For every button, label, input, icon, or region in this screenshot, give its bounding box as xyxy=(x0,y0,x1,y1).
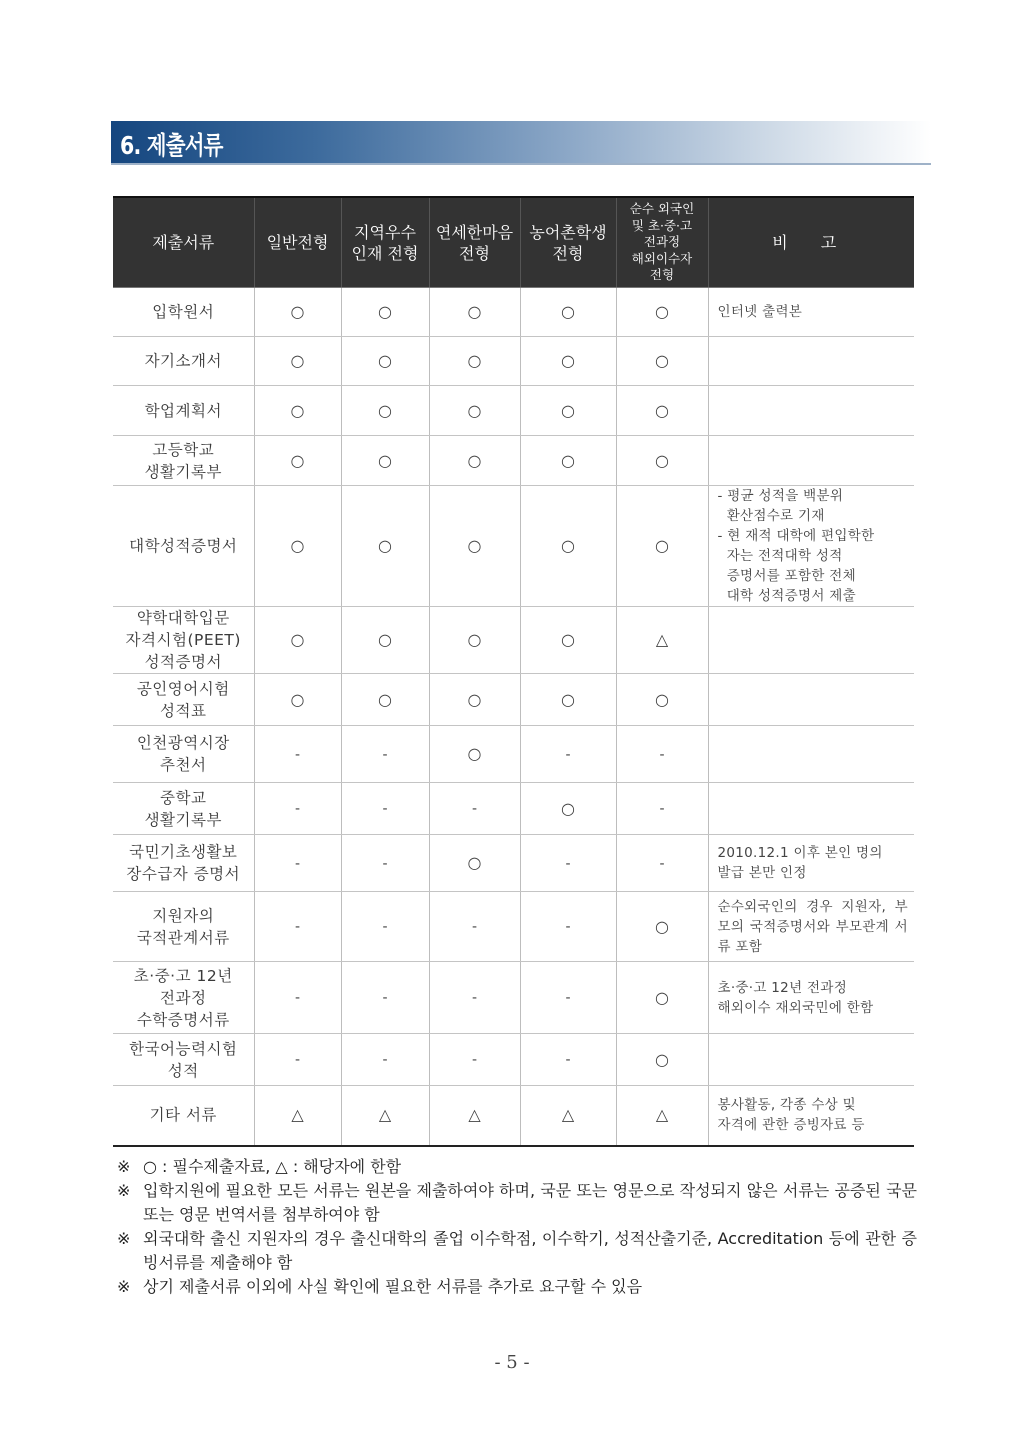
remark xyxy=(708,436,914,486)
not-applicable-dash-icon: - xyxy=(382,801,387,817)
not-applicable-dash-icon: - xyxy=(565,990,570,1006)
required-circle-icon: ○ xyxy=(291,536,305,555)
section-title: 6. 제출서류 xyxy=(120,126,223,162)
document-name: 기타 서류 xyxy=(113,1086,254,1146)
requirement-cell: - xyxy=(341,783,429,835)
requirement-cell: - xyxy=(520,962,616,1034)
reference-mark-icon: ※ xyxy=(117,1155,143,1179)
required-circle-icon: ○ xyxy=(378,401,392,420)
document-name: 대학성적증명서 xyxy=(113,486,254,607)
requirement-cell: - xyxy=(254,962,341,1034)
requirement-cell: - xyxy=(254,835,341,892)
document-name: 국민기초생활보 장수급자 증명서 xyxy=(113,835,254,892)
required-circle-icon: ○ xyxy=(561,451,575,470)
required-circle-icon: ○ xyxy=(378,351,392,370)
requirement-cell: - xyxy=(254,892,341,962)
not-applicable-dash-icon: - xyxy=(659,747,664,763)
remark xyxy=(708,726,914,783)
not-applicable-dash-icon: - xyxy=(295,747,300,763)
document-name: 중학교 생활기록부 xyxy=(113,783,254,835)
required-circle-icon: ○ xyxy=(468,451,482,470)
document-name: 학업계획서 xyxy=(113,386,254,436)
required-circle-icon: ○ xyxy=(291,451,305,470)
remark: - 평균 성적을 백분위 환산점수로 기재 - 현 재적 대학에 편입학한 자는… xyxy=(708,486,914,607)
required-circle-icon: ○ xyxy=(655,351,669,370)
requirement-cell: ○ xyxy=(520,674,616,726)
required-circle-icon: ○ xyxy=(378,536,392,555)
requirement-cell: - xyxy=(254,783,341,835)
document-name: 약학대학입문 자격시험(PEET) 성적증명서 xyxy=(113,607,254,674)
requirement-cell: - xyxy=(254,1034,341,1086)
document-name: 자기소개서 xyxy=(113,337,254,386)
not-applicable-dash-icon: - xyxy=(295,1052,300,1068)
conditional-triangle-icon: △ xyxy=(291,1105,303,1124)
remark: 2010.12.1 이후 본인 명의 발급 본만 인정 xyxy=(708,835,914,892)
requirement-cell: - xyxy=(429,783,520,835)
not-applicable-dash-icon: - xyxy=(295,856,300,872)
header-remarks: 비 고 xyxy=(708,197,914,288)
note-item: ※입학지원에 필요한 모든 서류는 원본을 제출하여야 하며, 국문 또는 영문… xyxy=(117,1179,917,1227)
requirement-cell: - xyxy=(341,835,429,892)
required-circle-icon: ○ xyxy=(468,853,482,872)
header-document: 제출서류 xyxy=(113,197,254,288)
required-circle-icon: ○ xyxy=(655,302,669,321)
required-circle-icon: ○ xyxy=(468,690,482,709)
requirement-cell: △ xyxy=(341,1086,429,1146)
required-circle-icon: ○ xyxy=(655,690,669,709)
not-applicable-dash-icon: - xyxy=(565,747,570,763)
requirement-cell: ○ xyxy=(341,674,429,726)
notes: ※○ : 필수제출자료, △ : 해당자에 한함※입학지원에 필요한 모든 서류… xyxy=(117,1155,917,1299)
requirement-cell: ○ xyxy=(429,337,520,386)
requirement-cell: ○ xyxy=(520,337,616,386)
required-circle-icon: ○ xyxy=(655,451,669,470)
not-applicable-dash-icon: - xyxy=(382,1052,387,1068)
remark: 봉사활동, 각종 수상 및 자격에 관한 증빙자료 등 xyxy=(708,1086,914,1146)
requirement-cell: ○ xyxy=(254,337,341,386)
table-row: 국민기초생활보 장수급자 증명서--○--2010.12.1 이후 본인 명의 … xyxy=(113,835,914,892)
required-circle-icon: ○ xyxy=(561,302,575,321)
document-name: 지원자의 국적관계서류 xyxy=(113,892,254,962)
requirement-cell: ○ xyxy=(520,436,616,486)
requirement-cell: ○ xyxy=(429,726,520,783)
requirement-cell: △ xyxy=(254,1086,341,1146)
requirement-cell: - xyxy=(341,726,429,783)
banner-underline xyxy=(111,163,931,165)
requirement-cell: △ xyxy=(520,1086,616,1146)
requirement-cell: ○ xyxy=(616,962,708,1034)
required-circle-icon: ○ xyxy=(468,401,482,420)
note-item: ※○ : 필수제출자료, △ : 해당자에 한함 xyxy=(117,1155,917,1179)
header-hanmaeum: 연세한마음 전형 xyxy=(429,197,520,288)
note-item: ※외국대학 출신 지원자의 경우 출신대학의 졸업 이수학점, 이수학기, 성적… xyxy=(117,1227,917,1275)
requirement-cell: ○ xyxy=(341,436,429,486)
reference-mark-icon: ※ xyxy=(117,1227,143,1275)
not-applicable-dash-icon: - xyxy=(295,919,300,935)
requirement-cell: ○ xyxy=(616,486,708,607)
header-regional-talent: 지역우수 인재 전형 xyxy=(341,197,429,288)
remark xyxy=(708,783,914,835)
not-applicable-dash-icon: - xyxy=(382,990,387,1006)
required-circle-icon: ○ xyxy=(655,988,669,1007)
table-row: 자기소개서○○○○○ xyxy=(113,337,914,386)
requirement-cell: ○ xyxy=(254,674,341,726)
requirement-cell: ○ xyxy=(429,386,520,436)
requirement-cell: ○ xyxy=(616,386,708,436)
table-row: 중학교 생활기록부---○- xyxy=(113,783,914,835)
table-row: 입학원서○○○○○인터넷 출력본 xyxy=(113,288,914,337)
not-applicable-dash-icon: - xyxy=(295,990,300,1006)
requirement-cell: ○ xyxy=(520,783,616,835)
table-row: 대학성적증명서○○○○○- 평균 성적을 백분위 환산점수로 기재 - 현 재적… xyxy=(113,486,914,607)
requirement-cell: - xyxy=(429,962,520,1034)
not-applicable-dash-icon: - xyxy=(295,801,300,817)
remark xyxy=(708,674,914,726)
required-circle-icon: ○ xyxy=(468,351,482,370)
remark: 초·중·고 12년 전과정 해외이수 재외국민에 한함 xyxy=(708,962,914,1034)
requirement-cell: ○ xyxy=(341,386,429,436)
table-row: 인천광역시장 추천서--○-- xyxy=(113,726,914,783)
required-circle-icon: ○ xyxy=(561,630,575,649)
requirement-cell: ○ xyxy=(254,436,341,486)
table-row: 학업계획서○○○○○ xyxy=(113,386,914,436)
not-applicable-dash-icon: - xyxy=(472,919,477,935)
required-circle-icon: ○ xyxy=(291,690,305,709)
required-circle-icon: ○ xyxy=(378,630,392,649)
requirement-cell: ○ xyxy=(254,288,341,337)
document-name: 초·중·고 12년 전과정 수학증명서류 xyxy=(113,962,254,1034)
required-circle-icon: ○ xyxy=(468,744,482,763)
remark xyxy=(708,1034,914,1086)
table-header-row: 제출서류일반전형지역우수 인재 전형연세한마음 전형농어촌학생 전형순수 외국인… xyxy=(113,197,914,288)
required-circle-icon: ○ xyxy=(561,536,575,555)
requirement-cell: ○ xyxy=(429,486,520,607)
requirement-cell: - xyxy=(429,1034,520,1086)
table-row: 초·중·고 12년 전과정 수학증명서류----○초·중·고 12년 전과정 해… xyxy=(113,962,914,1034)
remark: 순수외국인의 경우 지원자, 부모의 국적증명서와 부모관계 서류 포함 xyxy=(708,892,914,962)
requirement-cell: ○ xyxy=(429,288,520,337)
requirement-cell: ○ xyxy=(254,607,341,674)
document-name: 공인영어시험 성적표 xyxy=(113,674,254,726)
requirement-cell: - xyxy=(520,1034,616,1086)
requirement-cell: - xyxy=(616,783,708,835)
required-circle-icon: ○ xyxy=(378,451,392,470)
remark xyxy=(708,607,914,674)
note-text: 외국대학 출신 지원자의 경우 출신대학의 졸업 이수학점, 이수학기, 성적산… xyxy=(143,1227,917,1275)
table-row: 한국어능력시험 성적----○ xyxy=(113,1034,914,1086)
requirement-cell: ○ xyxy=(341,607,429,674)
table-row: 지원자의 국적관계서류----○순수외국인의 경우 지원자, 부모의 국적증명서… xyxy=(113,892,914,962)
not-applicable-dash-icon: - xyxy=(565,919,570,935)
not-applicable-dash-icon: - xyxy=(659,801,664,817)
requirement-cell: - xyxy=(520,835,616,892)
not-applicable-dash-icon: - xyxy=(472,990,477,1006)
required-circle-icon: ○ xyxy=(378,690,392,709)
document-name: 고등학교 생활기록부 xyxy=(113,436,254,486)
requirement-cell: ○ xyxy=(520,486,616,607)
requirement-cell: ○ xyxy=(254,386,341,436)
table-row: 약학대학입문 자격시험(PEET) 성적증명서○○○○△ xyxy=(113,607,914,674)
requirement-cell: - xyxy=(429,892,520,962)
header-general: 일반전형 xyxy=(254,197,341,288)
document-name: 한국어능력시험 성적 xyxy=(113,1034,254,1086)
note-text: ○ : 필수제출자료, △ : 해당자에 한함 xyxy=(143,1155,917,1179)
conditional-triangle-icon: △ xyxy=(468,1105,480,1124)
not-applicable-dash-icon: - xyxy=(382,747,387,763)
requirement-cell: - xyxy=(616,726,708,783)
conditional-triangle-icon: △ xyxy=(379,1105,391,1124)
requirement-cell: - xyxy=(616,835,708,892)
requirement-cell: ○ xyxy=(341,288,429,337)
note-item: ※상기 제출서류 이외에 사실 확인에 필요한 서류를 추가로 요구할 수 있음 xyxy=(117,1275,917,1299)
header-rural: 농어촌학생 전형 xyxy=(520,197,616,288)
requirement-cell: ○ xyxy=(520,386,616,436)
required-circle-icon: ○ xyxy=(655,536,669,555)
required-circle-icon: ○ xyxy=(561,690,575,709)
header-foreign: 순수 외국인 및 초·중·고 전과정 해외이수자 전형 xyxy=(616,197,708,288)
required-circle-icon: ○ xyxy=(291,351,305,370)
requirement-cell: ○ xyxy=(429,436,520,486)
document-name: 입학원서 xyxy=(113,288,254,337)
requirement-cell: △ xyxy=(429,1086,520,1146)
note-text: 상기 제출서류 이외에 사실 확인에 필요한 서류를 추가로 요구할 수 있음 xyxy=(143,1275,917,1299)
requirement-cell: - xyxy=(254,726,341,783)
required-circle-icon: ○ xyxy=(468,630,482,649)
required-documents-table: 제출서류일반전형지역우수 인재 전형연세한마음 전형농어촌학생 전형순수 외국인… xyxy=(113,196,914,1147)
required-circle-icon: ○ xyxy=(561,351,575,370)
remark: 인터넷 출력본 xyxy=(708,288,914,337)
requirement-cell: - xyxy=(520,892,616,962)
required-circle-icon: ○ xyxy=(378,302,392,321)
requirement-cell: - xyxy=(341,892,429,962)
not-applicable-dash-icon: - xyxy=(565,856,570,872)
section-banner: 6. 제출서류 xyxy=(111,121,931,165)
requirement-cell: ○ xyxy=(616,436,708,486)
requirement-cell: ○ xyxy=(616,1034,708,1086)
required-circle-icon: ○ xyxy=(468,302,482,321)
requirement-cell: △ xyxy=(616,1086,708,1146)
requirement-cell: ○ xyxy=(254,486,341,607)
requirement-cell: ○ xyxy=(429,607,520,674)
required-circle-icon: ○ xyxy=(655,917,669,936)
required-circle-icon: ○ xyxy=(468,536,482,555)
required-circle-icon: ○ xyxy=(655,401,669,420)
conditional-triangle-icon: △ xyxy=(656,630,668,649)
requirement-cell: △ xyxy=(616,607,708,674)
requirement-cell: ○ xyxy=(429,674,520,726)
requirement-cell: - xyxy=(341,962,429,1034)
not-applicable-dash-icon: - xyxy=(472,1052,477,1068)
not-applicable-dash-icon: - xyxy=(382,856,387,872)
requirement-cell: ○ xyxy=(520,607,616,674)
note-text: 입학지원에 필요한 모든 서류는 원본을 제출하여야 하며, 국문 또는 영문으… xyxy=(143,1179,917,1227)
document-name: 인천광역시장 추천서 xyxy=(113,726,254,783)
requirement-cell: ○ xyxy=(520,288,616,337)
required-circle-icon: ○ xyxy=(291,401,305,420)
required-circle-icon: ○ xyxy=(291,630,305,649)
table-row: 고등학교 생활기록부○○○○○ xyxy=(113,436,914,486)
required-circle-icon: ○ xyxy=(561,799,575,818)
requirement-cell: ○ xyxy=(616,674,708,726)
not-applicable-dash-icon: - xyxy=(472,801,477,817)
table-body: 입학원서○○○○○인터넷 출력본자기소개서○○○○○학업계획서○○○○○고등학교… xyxy=(113,288,914,1146)
not-applicable-dash-icon: - xyxy=(565,1052,570,1068)
table-row: 기타 서류△△△△△봉사활동, 각종 수상 및 자격에 관한 증빙자료 등 xyxy=(113,1086,914,1146)
reference-mark-icon: ※ xyxy=(117,1275,143,1299)
requirement-cell: ○ xyxy=(616,892,708,962)
requirement-cell: ○ xyxy=(616,337,708,386)
requirement-cell: ○ xyxy=(616,288,708,337)
requirement-cell: - xyxy=(341,1034,429,1086)
requirement-cell: - xyxy=(520,726,616,783)
required-circle-icon: ○ xyxy=(561,401,575,420)
required-circle-icon: ○ xyxy=(655,1050,669,1069)
required-circle-icon: ○ xyxy=(291,302,305,321)
conditional-triangle-icon: △ xyxy=(562,1105,574,1124)
requirement-cell: ○ xyxy=(429,835,520,892)
reference-mark-icon: ※ xyxy=(117,1179,143,1227)
requirement-cell: ○ xyxy=(341,486,429,607)
not-applicable-dash-icon: - xyxy=(659,856,664,872)
remark xyxy=(708,386,914,436)
table-row: 공인영어시험 성적표○○○○○ xyxy=(113,674,914,726)
remark xyxy=(708,337,914,386)
conditional-triangle-icon: △ xyxy=(656,1105,668,1124)
not-applicable-dash-icon: - xyxy=(382,919,387,935)
page-number: - 5 - xyxy=(0,1352,1024,1373)
requirement-cell: ○ xyxy=(341,337,429,386)
